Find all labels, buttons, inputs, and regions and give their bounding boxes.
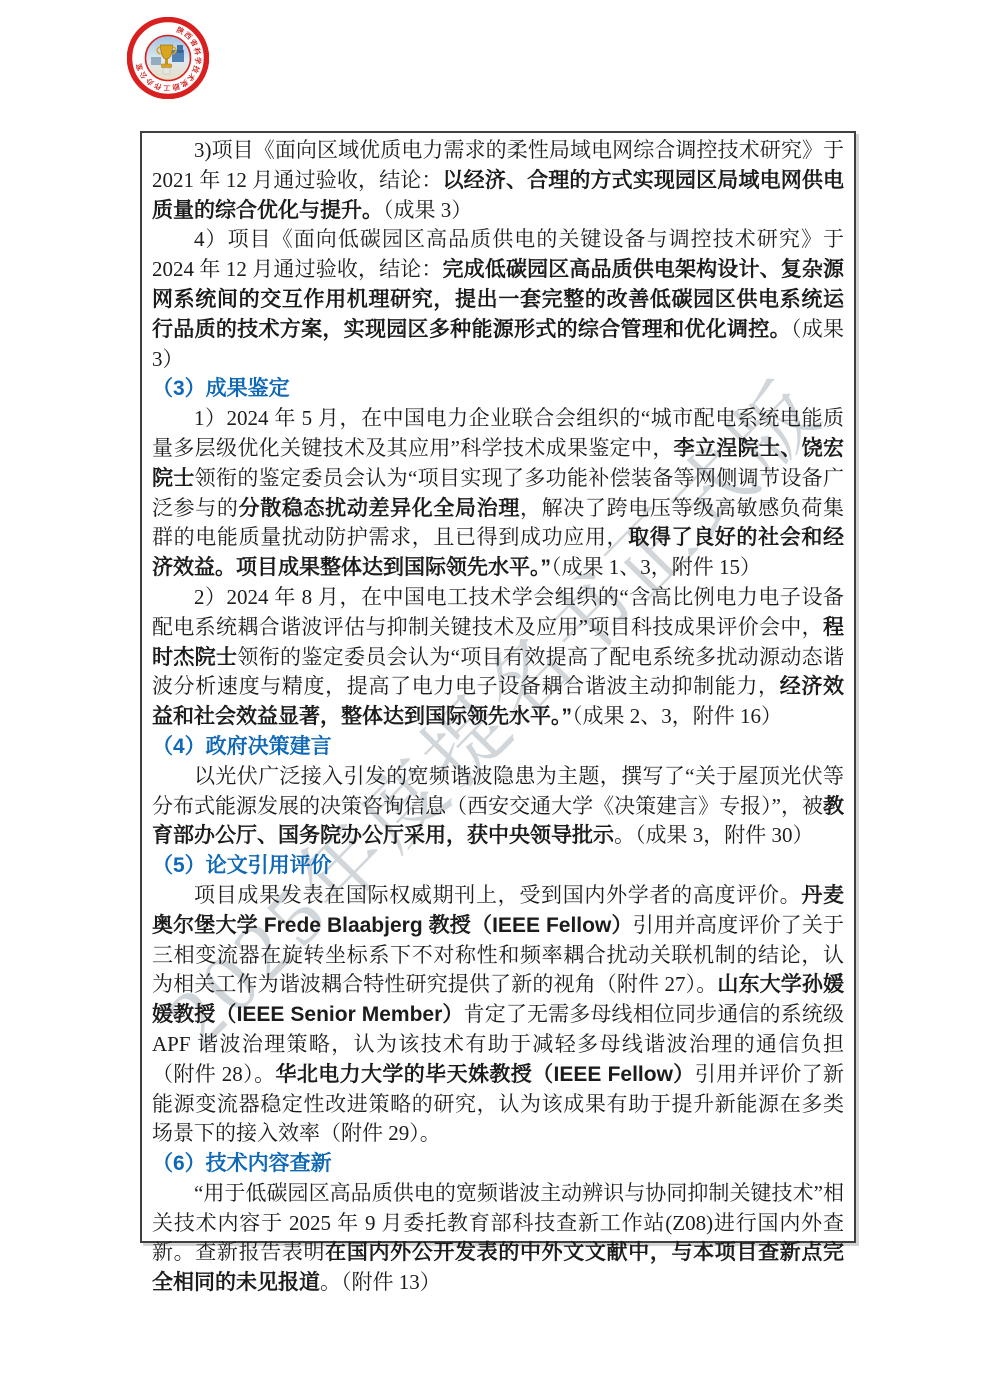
paragraph: 项目成果发表在国际权威期刊上，受到国内外学者的高度评价。丹麦奥尔堡大学 Fred… [152, 881, 844, 1149]
text-run: 。（附件 13） [320, 1270, 441, 1294]
text-run: （3）成果鉴定 [152, 377, 290, 400]
org-seal-logo: 陕西省科学技术奖励工作办公室 [127, 17, 209, 99]
page: 陕西省科学技术奖励工作办公室 2025年度提名书正式版 3)项目《面向区域优质电… [0, 0, 990, 1399]
text-run: 项目成果发表在国际权威期刊上，受到国内外学者的高度评价。 [194, 883, 801, 907]
document-frame: 3)项目《面向区域优质电力需求的柔性局域电网综合调控技术研究》于 2021 年 … [140, 131, 856, 1243]
paragraph: 4）项目《面向低碳园区高品质供电的关键设备与调控技术研究》于 2024 年 12… [152, 225, 844, 374]
org-seal-logo-svg: 陕西省科学技术奖励工作办公室 [127, 17, 209, 99]
text-run: （成果 1、3，附件 15） [551, 555, 761, 579]
section-heading: （4）政府决策建言 [152, 732, 844, 762]
section-heading: （5）论文引用评价 [152, 851, 844, 881]
document-content: 3)项目《面向区域优质电力需求的柔性局域电网综合调控技术研究》于 2021 年 … [152, 136, 844, 1298]
text-run: 。（成果 3，附件 30） [614, 823, 814, 847]
text-run: （6）技术内容查新 [152, 1152, 332, 1175]
text-run: 华北电力大学的毕天姝教授（IEEE Fellow） [275, 1063, 694, 1086]
text-run: 以光伏广泛接入引发的宽频谐波隐患为主题，撰写了“关于屋顶光伏等分布式能源发展的决… [152, 764, 844, 818]
text-run: （成果 2、3，附件 16） [572, 704, 782, 728]
text-run: （成果 3） [383, 198, 472, 222]
section-heading: （3）成果鉴定 [152, 374, 844, 404]
paragraph: “用于低碳园区高品质供电的宽频谐波主动辨识与协同抑制关键技术”相关技术内容于 2… [152, 1179, 844, 1298]
paragraph: 3)项目《面向区域优质电力需求的柔性局域电网综合调控技术研究》于 2021 年 … [152, 136, 844, 225]
paragraph: 以光伏广泛接入引发的宽频谐波隐患为主题，撰写了“关于屋顶光伏等分布式能源发展的决… [152, 762, 844, 851]
text-run: 领衔的鉴定委员会认为“项目有效提高了配电系统多扰动源动态谐波分析速度与精度，提高… [152, 645, 844, 699]
section-heading: （6）技术内容查新 [152, 1149, 844, 1179]
text-run: 分散稳态扰动差异化全局治理 [239, 497, 520, 520]
paragraph: 2）2024 年 8 月，在中国电工技术学会组织的“含高比例电力电子设备配电系统… [152, 583, 844, 732]
paragraph: 1）2024 年 5 月，在中国电力企业联合会组织的“城市配电系统电能质量多层级… [152, 404, 844, 583]
text-run: （5）论文引用评价 [152, 854, 332, 877]
text-run: 2）2024 年 8 月，在中国电工技术学会组织的“含高比例电力电子设备配电系统… [152, 585, 844, 639]
text-run: （4）政府决策建言 [152, 735, 332, 758]
